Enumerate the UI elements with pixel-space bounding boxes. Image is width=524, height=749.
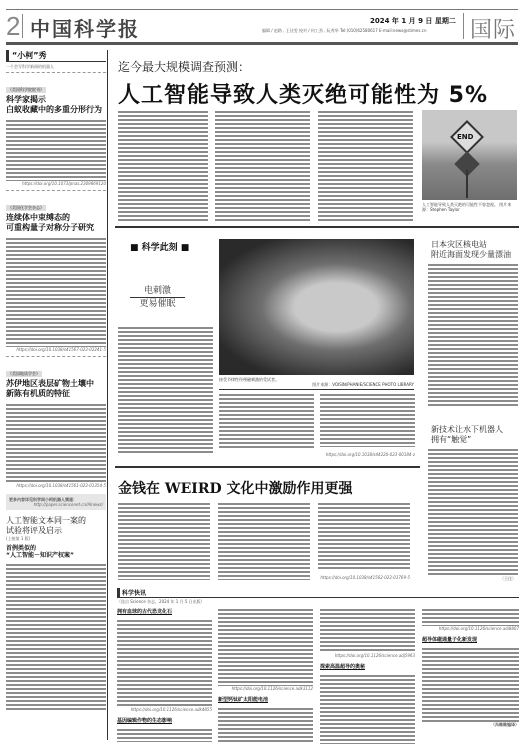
divider — [22, 14, 23, 38]
editor-contact: 编辑 / 赵路 , 王佳雯 校对 / 何工劲 , 阮秀华 Tel:(010)62… — [262, 28, 426, 34]
photo-credit: 图片来源：VOISIN/PHANIE/SCIENCE PHOTO LIBRARY — [219, 382, 414, 387]
article-body — [117, 619, 212, 707]
article-body — [320, 608, 415, 653]
feature-title: 电刺激 更易催眠 — [130, 285, 185, 310]
headline-kicker: 迄今最大规模调查预测： — [118, 58, 250, 75]
article-title: 科学家揭示 白蚁收藏中的多重分形行为 — [6, 95, 106, 115]
page-number: 2 — [6, 12, 20, 40]
doi-link[interactable]: https://doi.org/10.1038/s41562-023-01769… — [318, 575, 410, 580]
doi-link[interactable]: https://doi.org/10.1126/science.adk4855 — [117, 707, 212, 712]
article-subtitle: 首例类似的 “人工智能－知识产权案” — [6, 545, 106, 559]
doi-link[interactable]: https://doi.org/10.1073/pnas.2309869120 — [6, 181, 106, 186]
brief-column: https://doi.org/10.1126/science.adi8807 … — [422, 608, 519, 727]
article-body — [117, 728, 212, 742]
article-title: 新技术让水下机器人 拥有“触觉” — [431, 425, 503, 445]
brief-column: https://doi.org/10.1126/science.adk3112 … — [218, 608, 313, 743]
article-body — [218, 707, 313, 743]
brief-title: 新型钙钛矿太阳能电池 — [218, 696, 313, 703]
article-body — [320, 674, 415, 744]
masthead-logo: 中国科学报 — [30, 13, 140, 42]
doi-link[interactable]: https://doi.org/10.1126/science.adk3112 — [218, 686, 313, 691]
column-rule — [107, 50, 108, 740]
source-note: （选自 Science 杂志，2024 年 1 月 5 日出版） — [117, 599, 205, 604]
hypnosis-photo — [219, 239, 414, 375]
brief-column: 拥有血球的古代恐龙化石 https://doi.org/10.1126/scie… — [117, 608, 212, 742]
article-body — [422, 608, 519, 626]
article-body — [6, 563, 106, 711]
article-body — [6, 237, 106, 347]
brief-column: https://doi.org/10.1126/science.adj5963 … — [320, 608, 415, 744]
end-sign-photo: END — [422, 110, 517, 200]
article-body — [218, 502, 310, 580]
column-label: 科学快讯 — [117, 588, 146, 597]
column-subtitle: 一个会写科学新闻的机器人 — [6, 64, 106, 69]
article-body — [318, 502, 410, 570]
brief-title: 拥有血球的古代恐龙化石 — [117, 608, 212, 615]
article-title: 连续体中束缚态的 可重构量子对称分子研究 — [6, 213, 106, 233]
brief-title: 探索高温超导的奥秘 — [320, 663, 415, 670]
divider — [219, 389, 414, 390]
article-body — [118, 110, 208, 222]
article-kicker: 《美国化学会杂志》 — [6, 205, 46, 211]
doi-link[interactable]: https://doi.org/10.1126/science.adi8807 — [422, 626, 519, 631]
article-title: 人工智能文本同一案的 试验将评及启示 — [6, 516, 106, 536]
byline: （王佳） — [500, 576, 516, 581]
feature-title-line: 电刺激 — [130, 285, 185, 298]
sidebar: “小柯”秀 一个会写科学新闻的机器人 《美国科学院院刊》 科学家揭示 白蚁收藏中… — [6, 50, 106, 711]
article-body — [219, 393, 314, 449]
article-body — [6, 119, 106, 181]
article-body — [428, 263, 518, 408]
doi-link[interactable]: https://doi.org/10.1038/s41567-023-02241… — [6, 347, 106, 352]
section-title: 国际 — [470, 13, 516, 44]
article-title: 日本灾区核电站 附近海面发现少量漂油 — [431, 240, 511, 260]
article-body — [320, 393, 415, 447]
headline: 人工智能导致人类灭绝可能性为 5% — [118, 78, 488, 109]
divider — [463, 13, 464, 39]
column-title: “小柯”秀 — [6, 50, 106, 62]
section-rule — [115, 226, 519, 228]
doi-link[interactable]: https://doi.org/10.1038/s41561-023-01354… — [6, 483, 106, 488]
article-title: 金钱在 WEIRD 文化中激励作用更强 — [118, 478, 352, 498]
article-kicker: 《美国科学院院刊》 — [6, 87, 46, 93]
article-body — [215, 110, 310, 222]
section-rule — [117, 597, 519, 598]
byline: （冯维维编译） — [422, 722, 519, 727]
article-body — [118, 326, 213, 454]
brief-title: 基因编辑作物的生态影响 — [117, 717, 212, 724]
section-rule — [115, 466, 420, 468]
header-bottom-rule — [6, 42, 518, 45]
article-body — [118, 502, 210, 580]
notice-box: 更多内容详见科学网小柯机器人频道： http://paper.sciencene… — [6, 494, 106, 510]
header-top-rule — [6, 9, 518, 10]
article-body — [428, 448, 518, 576]
column-label: ■ 科学此刻 ■ — [130, 240, 189, 253]
article-body — [6, 403, 106, 483]
article-kicker: 《美国地质学会》 — [6, 371, 42, 377]
brief-title: 超导体磁通量子化新发现 — [422, 636, 519, 643]
article-body — [318, 110, 413, 222]
article-body — [218, 608, 313, 686]
photo-caption: 人工智能导致人类灭绝的可能性不容忽视。 图片来源：Stephen Taylor — [422, 202, 517, 212]
sign-text: END — [457, 133, 473, 141]
continued-from: (上接第 1 版) — [6, 536, 106, 541]
doi-link[interactable]: https://doi.org/10.1126/science.adj5963 — [320, 653, 415, 658]
feature-title-line: 更易催眠 — [130, 298, 185, 310]
doi-link[interactable]: https://doi.org/10.1038/s44220-023-00184… — [320, 452, 415, 457]
sign-post — [466, 170, 468, 198]
notice-link[interactable]: http://paper.sciencenet.cn/AInews/ — [9, 502, 103, 507]
issue-date: 2024 年 1 月 9 日 星期二 — [370, 16, 456, 26]
article-body — [422, 647, 519, 722]
article-title: 苏伊地区表层矿物土壤中 新陈有机质的特征 — [6, 379, 106, 399]
